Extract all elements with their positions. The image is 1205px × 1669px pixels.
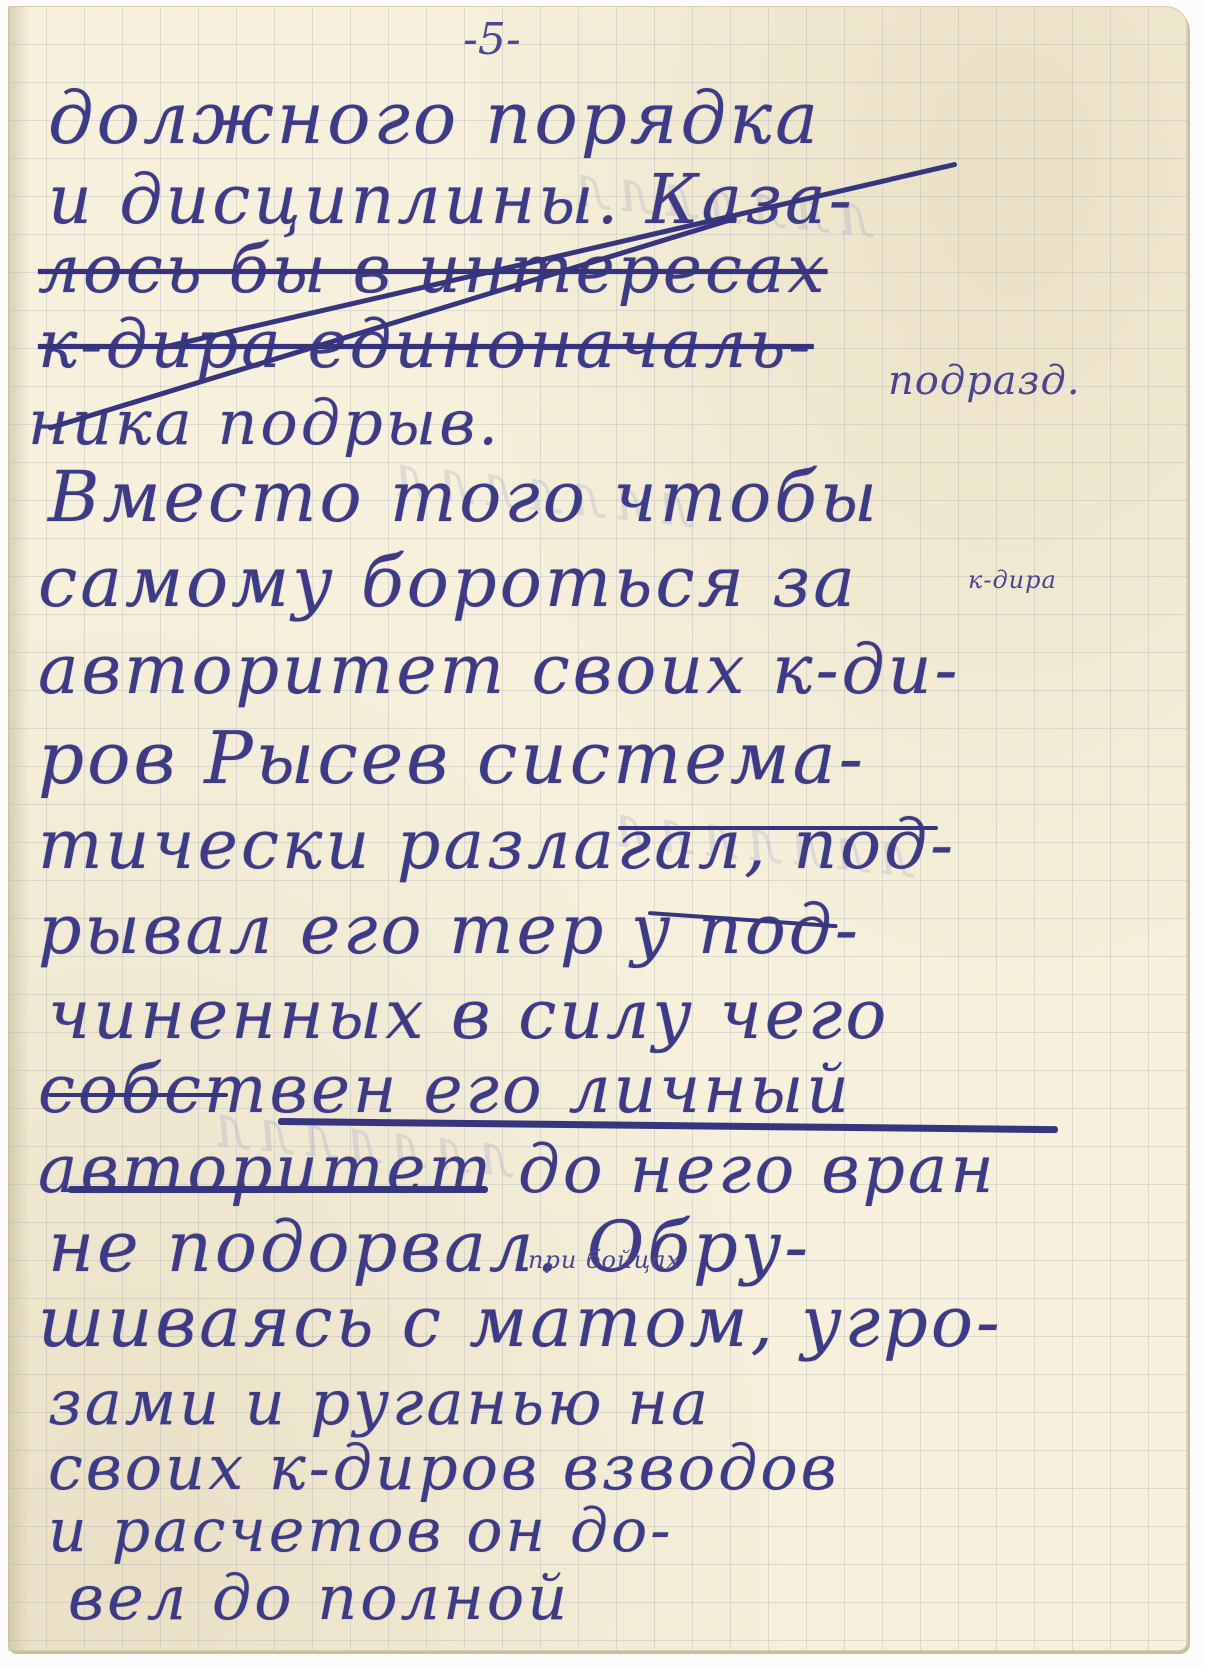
line-text: ника подрыв. — [28, 386, 501, 459]
line-text: тически разлагал, под- — [38, 806, 956, 885]
text-line: авторитет до него вран — [38, 1131, 997, 1208]
line-text: Вместо того чтобы — [48, 456, 880, 538]
line-text: и расчетов он до- — [48, 1496, 673, 1566]
text-line: своих к-диров взводов — [48, 1431, 840, 1504]
strike-stroke — [68, 1186, 488, 1193]
text-line: зами и руганью на — [48, 1366, 711, 1439]
interlinear-insert: подразд. — [888, 358, 1081, 404]
interlinear-insert: при бойцах — [528, 1246, 681, 1274]
text-line-struck: лось бы в интересах — [38, 231, 828, 308]
text-line: не подорвал. Обру- — [48, 1206, 811, 1288]
text-line: тически разлагал, под- — [38, 806, 956, 885]
line-text: должного порядка — [48, 76, 821, 160]
text-line: и расчетов он до- — [48, 1496, 673, 1566]
line-text: своих к-диров взводов — [48, 1431, 840, 1504]
text-line-struck: к-дира единоначаль- — [38, 306, 814, 383]
line-text: чиненных в силу чего — [48, 976, 889, 1055]
text-line: самому бороться за — [38, 541, 858, 623]
text-line: рывал его тер у под- — [38, 891, 861, 970]
line-text: шиваясь с матом, угро- — [38, 1281, 1003, 1363]
line-text: авторитет до него вран — [38, 1131, 997, 1208]
strike-stroke — [618, 826, 938, 830]
page-number: -5- — [463, 14, 521, 65]
text-line: ника подрыв. — [28, 386, 501, 459]
line-text: не подорвал. Обру- — [48, 1206, 811, 1288]
line-text: собствен его личный — [38, 1051, 852, 1128]
line-text: зами и руганью на — [48, 1366, 711, 1439]
strike-stroke — [48, 1093, 228, 1097]
text-line: чиненных в силу чего — [48, 976, 889, 1055]
notebook-page: ллллллл ллллллл ллллллл ллллллл -5- долж… — [8, 6, 1188, 1651]
struck-text: к-дира единоначаль- — [38, 306, 814, 383]
text-line: и дисциплины. Каза- — [48, 161, 855, 240]
interlinear-insert: к-дира — [968, 566, 1057, 594]
text-line: собствен его личный — [38, 1051, 852, 1128]
text-line: ров Рысев система- — [38, 716, 866, 800]
text-line: вел до полной — [68, 1561, 570, 1634]
line-text: ров Рысев система- — [38, 716, 866, 800]
line-text: рывал его тер у под- — [38, 891, 861, 970]
line-text: и дисциплины. Каза- — [48, 161, 855, 240]
text-line: авторитет своих к-ди- — [38, 631, 961, 710]
line-text: самому бороться за — [38, 541, 858, 623]
line-text: вел до полной — [68, 1561, 570, 1634]
line-text: авторитет своих к-ди- — [38, 631, 961, 710]
struck-text: лось бы в интересах — [38, 231, 828, 308]
text-line: должного порядка — [48, 76, 821, 160]
text-line: Вместо того чтобы — [48, 456, 880, 538]
text-line: шиваясь с матом, угро- — [38, 1281, 1003, 1363]
